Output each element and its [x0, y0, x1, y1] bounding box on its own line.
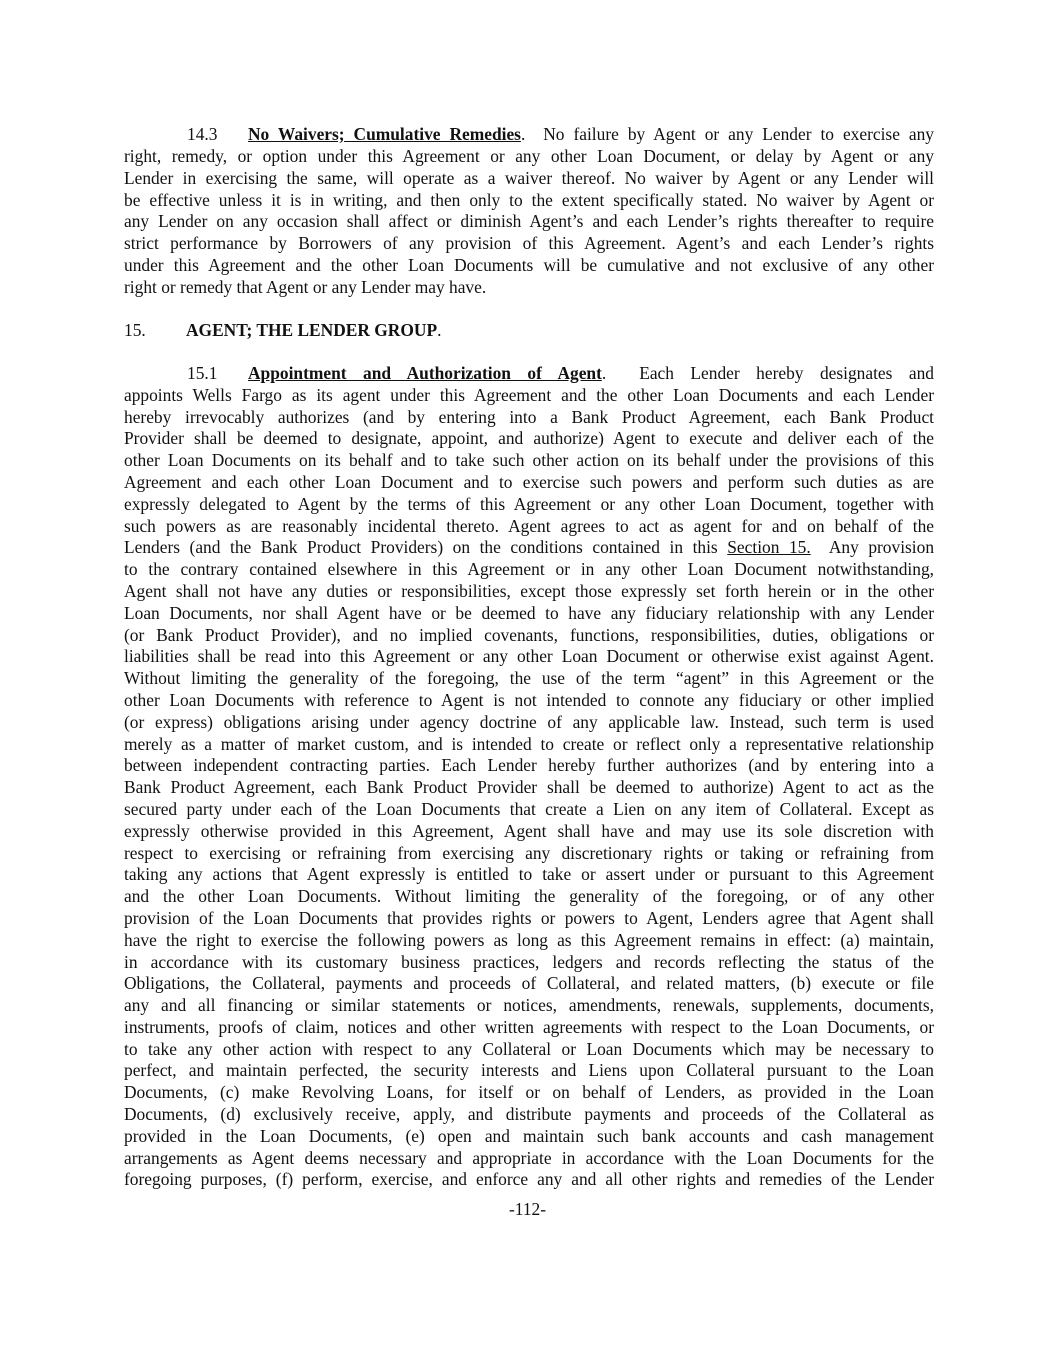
document-page: 14.3No Waivers; Cumulative Remedies. No … — [0, 0, 1055, 1365]
section-number: 14.3 — [187, 124, 248, 146]
body-line: instruments, proofs of claim, notices an… — [124, 1017, 934, 1039]
body-line: right, remedy, or option under this Agre… — [124, 146, 934, 168]
body-line: taking any actions that Agent expressly … — [124, 864, 934, 886]
page-number: -112- — [0, 1199, 1055, 1220]
body-line: other Loan Documents on its behalf and t… — [124, 450, 934, 472]
body-line: liabilities shall be read into this Agre… — [124, 646, 934, 668]
body-line: Bank Product Agreement, each Bank Produc… — [124, 777, 934, 799]
body-text: Any provision — [811, 537, 934, 557]
body-line: Obligations, the Collateral, payments an… — [124, 973, 934, 995]
section-15-heading: 15.AGENT; THE LENDER GROUP. — [124, 320, 934, 342]
body-line: any and all financing or similar stateme… — [124, 995, 934, 1017]
section-15-1-first-line: 15.1Appointment and Authorization of Age… — [124, 363, 934, 385]
section-number: 15. — [124, 320, 186, 342]
section-14-3-first-line: 14.3No Waivers; Cumulative Remedies. No … — [124, 124, 934, 146]
body-line: Provider shall be deemed to designate, a… — [124, 428, 934, 450]
body-line: perfect, and maintain perfected, the sec… — [124, 1060, 934, 1082]
section-15-cross-reference[interactable]: Section 15. — [727, 537, 810, 557]
body-line: hereby irrevocably authorizes (and by en… — [124, 407, 934, 429]
body-line: to the contrary contained elsewhere in t… — [124, 559, 934, 581]
heading-period: . — [437, 320, 441, 340]
body-line-with-section-ref: Lenders (and the Bank Product Providers)… — [124, 537, 934, 559]
body-line: Without limiting the generality of the f… — [124, 668, 934, 690]
body-text: Lenders (and the Bank Product Providers)… — [124, 537, 727, 557]
body-line: Lender in exercising the same, will oper… — [124, 168, 934, 190]
body-line: Agreement and each other Loan Document a… — [124, 472, 934, 494]
body-line: expressly delegated to Agent by the term… — [124, 494, 934, 516]
body-line: such powers as are reasonably incidental… — [124, 516, 934, 538]
body-line: and the other Loan Documents. Without li… — [124, 886, 934, 908]
body-line: under this Agreement and the other Loan … — [124, 255, 934, 277]
body-line: Documents, (c) make Revolving Loans, for… — [124, 1082, 934, 1104]
body-line: (or Bank Product Provider), and no impli… — [124, 625, 934, 647]
body-line: (or express) obligations arising under a… — [124, 712, 934, 734]
body-line: foregoing purposes, (f) perform, exercis… — [124, 1169, 934, 1191]
body-line: arrangements as Agent deems necessary an… — [124, 1148, 934, 1170]
body-line: merely as a matter of market custom, and… — [124, 734, 934, 756]
body-line: appoints Wells Fargo as its agent under … — [124, 385, 934, 407]
section-number: 15.1 — [187, 363, 248, 385]
body-line: right or remedy that Agent or any Lender… — [124, 277, 934, 299]
body-line: secured party under each of the Loan Doc… — [124, 799, 934, 821]
section-heading: Appointment and Authorization of Agent — [248, 363, 602, 383]
body-line: other Loan Documents with reference to A… — [124, 690, 934, 712]
body-line: to take any other action with respect to… — [124, 1039, 934, 1061]
body-text: Each Lender hereby designates and — [606, 363, 934, 383]
body-line: between independent contracting parties.… — [124, 755, 934, 777]
body-line: Documents, (d) exclusively receive, appl… — [124, 1104, 934, 1126]
body-line: strict performance by Borrowers of any p… — [124, 233, 934, 255]
body-text: No failure by Agent or any Lender to exe… — [525, 124, 934, 144]
body-line: expressly otherwise provided in this Agr… — [124, 821, 934, 843]
body-line: be effective unless it is in writing, an… — [124, 190, 934, 212]
body-line: any Lender on any occasion shall affect … — [124, 211, 934, 233]
body-line: Agent shall not have any duties or respo… — [124, 581, 934, 603]
section-heading: No Waivers; Cumulative Remedies — [248, 124, 521, 144]
body-line: in accordance with its customary busines… — [124, 952, 934, 974]
section-heading: AGENT; THE LENDER GROUP — [186, 320, 437, 340]
body-line: Loan Documents, nor shall Agent have or … — [124, 603, 934, 625]
body-line: respect to exercising or refraining from… — [124, 843, 934, 865]
body-line: provision of the Loan Documents that pro… — [124, 908, 934, 930]
body-line: have the right to exercise the following… — [124, 930, 934, 952]
body-line: provided in the Loan Documents, (e) open… — [124, 1126, 934, 1148]
